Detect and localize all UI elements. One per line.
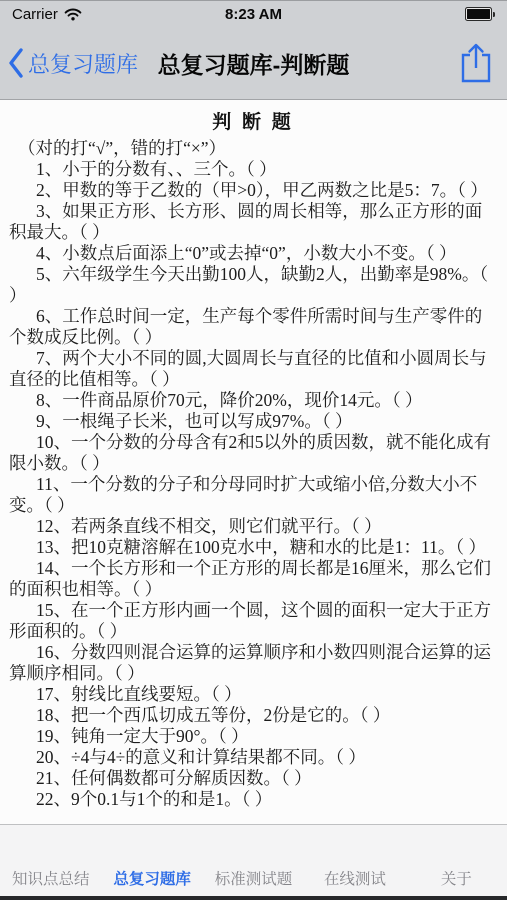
back-button-label: 总复习题库 [28, 48, 138, 79]
question-item: 5、六年级学生今天出勤100人，缺勤2人，出勤率是98%。（ ） [9, 264, 497, 306]
chevron-left-icon [8, 48, 23, 78]
question-item: 2、甲数的等于乙数的（甲>0），甲乙两数之比是5：7。（ ） [9, 180, 497, 201]
question-item: 8、一件商品原价70元，降价20%，现价14元。（ ） [9, 390, 497, 411]
navigation-bar: 总复习题库 总复习题库-判断题 [0, 27, 507, 100]
question-item: 20、÷4与4÷的意义和计算结果都不同。（ ） [9, 747, 497, 768]
back-button[interactable]: 总复习题库 [8, 48, 138, 79]
question-item: 4、小数点后面添上“0”或去掉“0”，小数大小不变。（ ） [9, 243, 497, 264]
question-item: 19、钝角一定大于90°。（ ） [9, 726, 497, 747]
tab-bar: 知识点总结总复习题库标准测试题在线测试关于 [0, 824, 507, 900]
app-window: Carrier 8:23 AM 总复习题库 [0, 0, 507, 900]
wifi-icon [64, 8, 82, 21]
question-item: 21、任何偶数都可分解质因数。（ ） [9, 768, 497, 789]
question-item: 7、两个大小不同的圆,大圆周长与直径的比值和小圆周长与直径的比值相等。（ ） [9, 348, 497, 390]
battery-icon [465, 7, 495, 21]
question-item: 6、工作总时间一定，生产每个零件所需时间与生产零件的个数成反比例。（ ） [9, 306, 497, 348]
question-item: 3、如果正方形、长方形、圆的周长相等，那么正方形的面积最大。（ ） [9, 201, 497, 243]
question-item: 16、分数四则混合运算的运算顺序和小数四则混合运算的运算顺序相同。（ ） [9, 642, 497, 684]
question-item: 11、一个分数的分子和分母同时扩大或缩小倍,分数大小不变。（ ） [9, 474, 497, 516]
question-item: 17、射线比直线要短。（ ） [9, 684, 497, 705]
carrier-label: Carrier [12, 6, 58, 23]
question-item: 18、把一个西瓜切成五等份，2份是它的。（ ） [9, 705, 497, 726]
question-item: 10、一个分数的分母含有2和5以外的质因数，就不能化成有限小数。（ ） [9, 432, 497, 474]
screen-bottom-edge [0, 896, 507, 900]
question-list: 1、小于的分数有、、三个。（ ）2、甲数的等于乙数的（甲>0），甲乙两数之比是5… [9, 159, 497, 810]
question-item: 1、小于的分数有、、三个。（ ） [9, 159, 497, 180]
question-item: 9、一根绳子长米，也可以写成97%。（ ） [9, 411, 497, 432]
content-area[interactable]: 判 断 题 （对的打“√”，错的打“×”） 1、小于的分数有、、三个。（ ）2、… [0, 101, 507, 900]
share-button[interactable] [459, 42, 493, 84]
document-instruction: （对的打“√”，错的打“×”） [9, 138, 497, 159]
question-item: 13、把10克糖溶解在100克水中，糖和水的比是1：11。（ ） [9, 537, 497, 558]
question-item: 22、9个0.1与1个的和是1。（ ） [9, 789, 497, 810]
question-item: 15、在一个正方形内画一个圆，这个圆的面积一定大于正方形面积的。（ ） [9, 600, 497, 642]
status-bar: Carrier 8:23 AM [0, 0, 507, 27]
question-item: 12、若两条直线不相交，则它们就平行。（ ） [9, 516, 497, 537]
question-item: 14、一个长方形和一个正方形的周长都是16厘米，那么它们的面积也相等。（ ） [9, 558, 497, 600]
document-title: 判 断 题 [9, 112, 497, 133]
share-icon [459, 42, 493, 84]
